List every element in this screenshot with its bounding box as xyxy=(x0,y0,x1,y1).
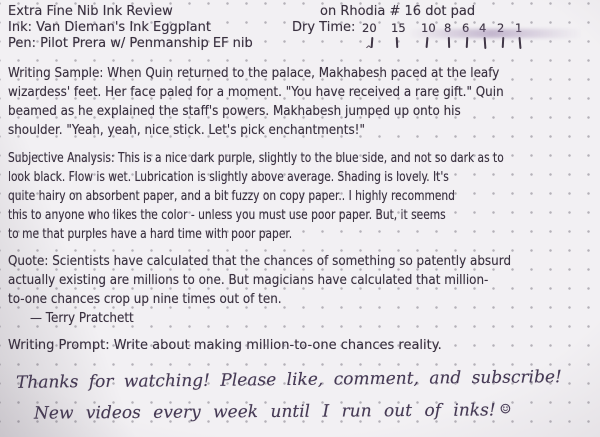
writing-prompt-line: Writing Prompt: Write about making milli… xyxy=(8,336,442,355)
pen-value: Pilot Prera w/ Penmanship EF nib xyxy=(40,36,253,51)
notebook-photo: Extra Fine Nib Ink Review Ink: Van Diema… xyxy=(0,0,600,437)
subjective-analysis-paragraph: Subjective Analysis: This is a nice dark… xyxy=(8,149,600,244)
dry-time-swipe-tick xyxy=(396,37,399,48)
paper-note: on Rhodia # 16 dot pad xyxy=(320,4,475,19)
writing-sample-line: wizardess' feet. Her face paled for a mo… xyxy=(8,83,504,102)
subjective-analysis-line: this to anyone who likes the color - unl… xyxy=(8,206,504,225)
quote-paragraph: Quote: Scientists have calculated that t… xyxy=(8,252,555,328)
outro-thanks-line: Thanks for watching! Please like, commen… xyxy=(16,367,562,393)
smiley-icon: ☺ xyxy=(500,402,512,417)
dry-time-swipe-tick xyxy=(466,37,469,48)
dry-time-swipe-tick xyxy=(484,37,487,49)
dry-time-label: Dry Time: xyxy=(292,20,355,35)
ink-label: Ink: xyxy=(8,20,32,35)
writing-sample-line: beamed as he explained the staff's power… xyxy=(8,102,504,121)
subjective-analysis-line: look black. Flow is wet. Lubrication is … xyxy=(8,168,504,187)
pen-line: Pen: Pilot Prera w/ Penmanship EF nib xyxy=(8,36,253,51)
ink-line: Ink: Van Dieman's Ink Eggplant xyxy=(8,20,211,35)
caret-mark: ^ xyxy=(365,45,373,55)
dry-time-swipe-tick xyxy=(518,37,521,49)
quote-line: to-one chances crop up nine times out of… xyxy=(8,290,511,309)
ink-smear xyxy=(408,29,583,38)
writing-prompt: Writing Prompt: Write about making milli… xyxy=(8,336,442,355)
subjective-analysis-line: quite hairy on absorbent paper, and a bi… xyxy=(8,187,504,206)
quote-line: Quote: Scientists have calculated that t… xyxy=(8,252,511,271)
quote-attribution: — Terry Pratchett xyxy=(30,309,513,328)
outro-new-videos-line: New videos every week until I run out of… xyxy=(34,400,507,423)
writing-sample-paragraph: Writing Sample: When Quin returned to th… xyxy=(8,64,547,140)
dry-time-swipe-tick xyxy=(448,37,450,48)
page-title: Extra Fine Nib Ink Review xyxy=(8,4,173,19)
quote-line: actually existing are millions to one. B… xyxy=(8,271,511,290)
pen-label: Pen: xyxy=(8,36,36,51)
dry-time-value: 15 xyxy=(391,21,406,35)
writing-sample-line: shoulder. "Yeah, yeah, nice stick. Let's… xyxy=(8,121,504,140)
dry-time-value: 20 xyxy=(362,21,377,35)
subjective-analysis-line: to me that purples have a hard time with… xyxy=(8,225,504,244)
dry-time-swipe-tick xyxy=(502,37,505,48)
dry-time-swipe-tick xyxy=(426,37,429,48)
subjective-analysis-line: Subjective Analysis: This is a nice dark… xyxy=(8,149,504,168)
writing-sample-line: Writing Sample: When Quin returned to th… xyxy=(8,64,504,83)
ink-value: Van Dieman's Ink Eggplant xyxy=(36,20,211,35)
